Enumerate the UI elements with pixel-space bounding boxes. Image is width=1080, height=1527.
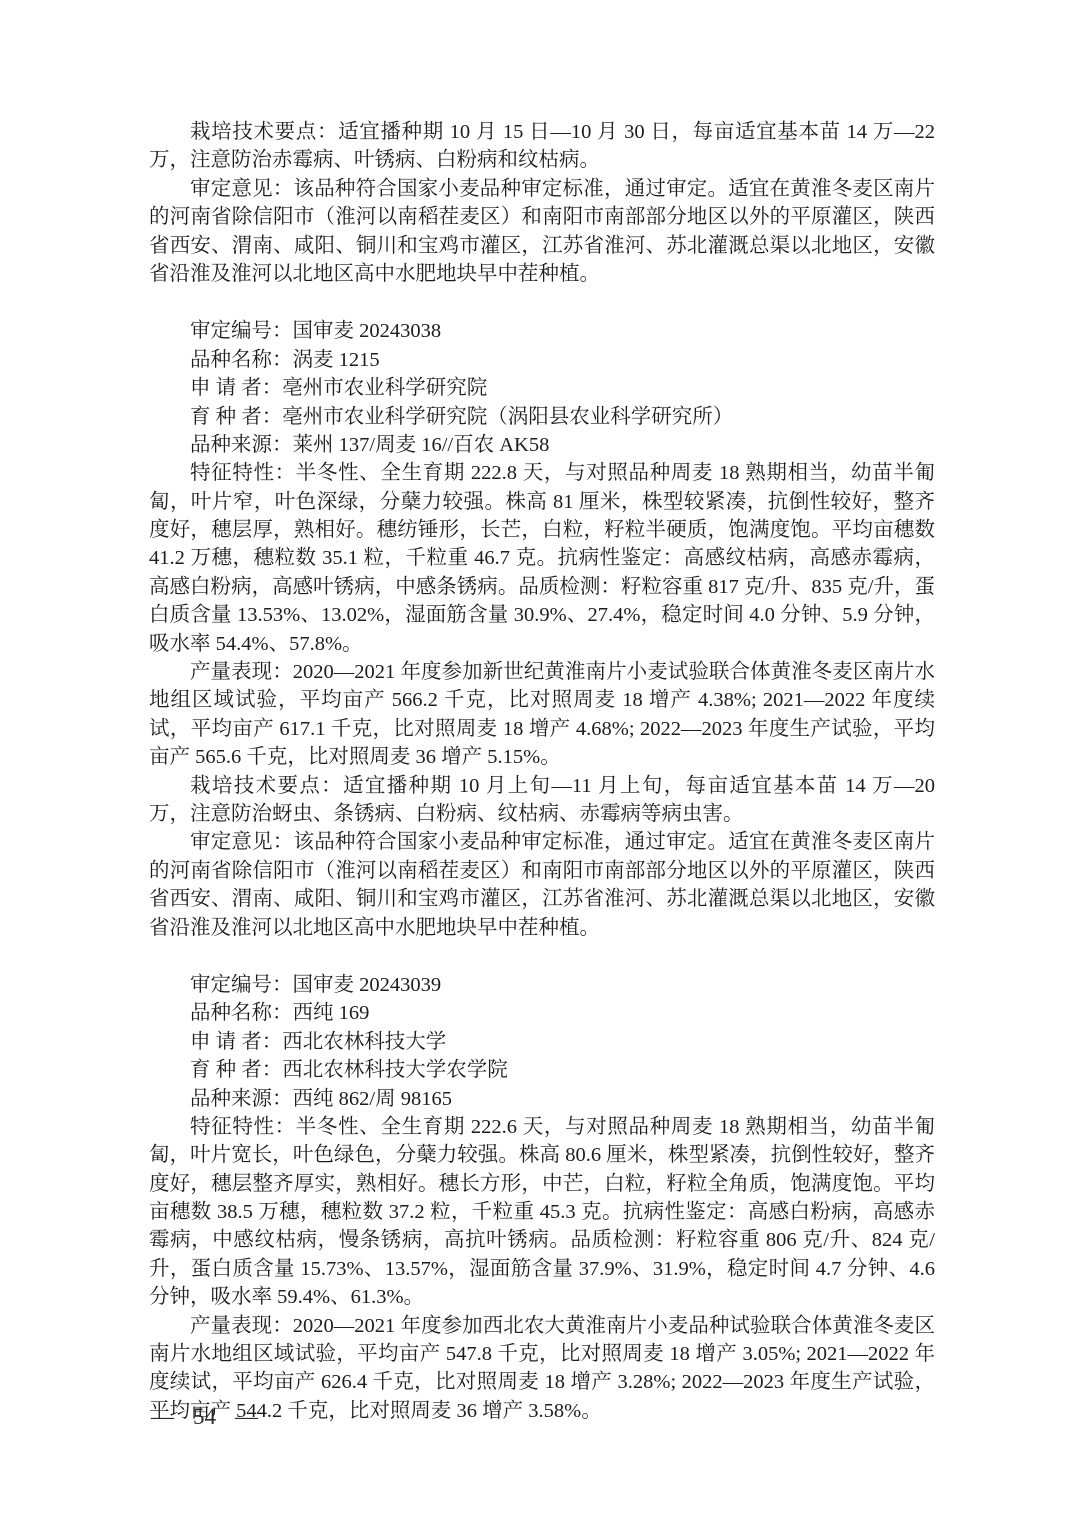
page-content: 栽培技术要点：适宜播种期 10 月 15 日—10 月 30 日，每亩适宜基本苗… — [149, 118, 935, 1425]
field-applicant: 申 请 者：亳州市农业科学研究院 — [149, 374, 935, 402]
para-approval-opinion: 审定意见：该品种符合国家小麦品种审定标准，通过审定。适宜在黄淮冬麦区南片的河南省… — [149, 828, 935, 942]
field-variety-origin: 品种来源：莱州 137/周麦 16//百农 AK58 — [149, 431, 935, 459]
para-cultivation-notes: 栽培技术要点：适宜播种期 10 月上旬—11 月上旬，每亩适宜基本苗 14 万—… — [149, 772, 935, 829]
footer-right-dash: — — [235, 1404, 258, 1430]
para-cultivation-notes: 栽培技术要点：适宜播种期 10 月 15 日—10 月 30 日，每亩适宜基本苗… — [149, 118, 935, 175]
section-previous-variety-continuation: 栽培技术要点：适宜播种期 10 月 15 日—10 月 30 日，每亩适宜基本苗… — [149, 118, 935, 288]
footer-left-dash: — — [151, 1404, 174, 1430]
page-footer: —54— — [151, 1404, 258, 1430]
para-traits: 特征特性：半冬性、全生育期 222.6 天，与对照品种周麦 18 熟期相当，幼苗… — [149, 1113, 935, 1312]
field-certificate-number: 审定编号：国审麦 20243039 — [149, 971, 935, 999]
para-traits: 特征特性：半冬性、全生育期 222.8 天，与对照品种周麦 18 熟期相当，幼苗… — [149, 459, 935, 658]
section-variety-20243039: 审定编号：国审麦 20243039 品种名称：西纯 169 申 请 者：西北农林… — [149, 971, 935, 1425]
para-yield-performance: 产量表现：2020—2021 年度参加新世纪黄淮南片小麦试验联合体黄淮冬麦区南片… — [149, 658, 935, 772]
para-yield-performance: 产量表现：2020—2021 年度参加西北农大黄淮南片小麦品种试验联合体黄淮冬麦… — [149, 1312, 935, 1426]
page-number: 54 — [193, 1404, 216, 1430]
field-certificate-number: 审定编号：国审麦 20243038 — [149, 317, 935, 345]
field-applicant: 申 请 者：西北农林科技大学 — [149, 1028, 935, 1056]
para-approval-opinion: 审定意见：该品种符合国家小麦品种审定标准，通过审定。适宜在黄淮冬麦区南片的河南省… — [149, 175, 935, 289]
field-variety-name: 品种名称：西纯 169 — [149, 999, 935, 1027]
section-variety-20243038: 审定编号：国审麦 20243038 品种名称：涡麦 1215 申 请 者：亳州市… — [149, 317, 935, 942]
field-breeder: 育 种 者：亳州市农业科学研究院（涡阳县农业科学研究所） — [149, 403, 935, 431]
document-page: 栽培技术要点：适宜播种期 10 月 15 日—10 月 30 日，每亩适宜基本苗… — [0, 0, 1080, 1527]
field-variety-name: 品种名称：涡麦 1215 — [149, 346, 935, 374]
field-breeder: 育 种 者：西北农林科技大学农学院 — [149, 1056, 935, 1084]
field-variety-origin: 品种来源：西纯 862/周 98165 — [149, 1085, 935, 1113]
